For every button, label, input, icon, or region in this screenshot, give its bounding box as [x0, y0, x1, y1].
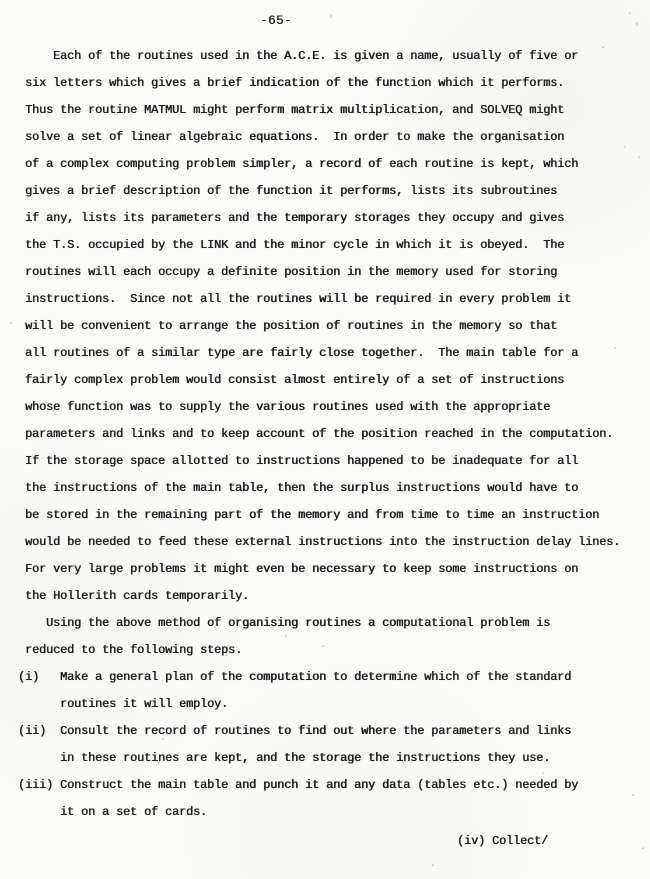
text-line: For very large problems it might even be…	[18, 556, 650, 583]
text-line: If the storage space allotted to instruc…	[18, 448, 650, 475]
text-line: Each of the routines used in the A.C.E. …	[18, 43, 650, 70]
text-line: routines will each occupy a definite pos…	[18, 259, 650, 286]
document-body: Each of the routines used in the A.C.E. …	[18, 43, 650, 826]
text-line: six letters which gives a brief indicati…	[18, 70, 650, 97]
text-line: the instructions of the main table, then…	[18, 475, 650, 502]
text-line: (iii) Construct the main table and punch…	[18, 772, 650, 799]
text-line: the Hollerith cards temporarily.	[18, 583, 650, 610]
text-line: whose function was to supply the various…	[18, 394, 650, 421]
text-line: it on a set of cards.	[18, 799, 650, 826]
scan-artifact: ·	[640, 845, 646, 855]
text-line: be stored in the remaining part of the m…	[18, 502, 650, 529]
text-line: in these routines are kept, and the stor…	[18, 745, 650, 772]
text-line: Thus the routine MATMUL might perform ma…	[18, 97, 650, 124]
text-line: the T.S. occupied by the LINK and the mi…	[18, 232, 650, 259]
text-line: will be convenient to arrange the positi…	[18, 313, 650, 340]
text-line: of a complex computing problem simpler, …	[18, 151, 650, 178]
text-line: routines it will employ.	[18, 691, 650, 718]
scan-artifact: ·	[627, 10, 633, 20]
page-number: -65-	[0, 14, 552, 28]
text-line: all routines of a similar type are fairl…	[18, 340, 650, 367]
text-line: would be needed to feed these external i…	[18, 529, 650, 556]
text-line: reduced to the following steps.	[18, 637, 650, 664]
text-line: Using the above method of organising rou…	[18, 610, 650, 637]
text-line: if any, lists its parameters and the tem…	[18, 205, 650, 232]
scan-artifact: '	[634, 24, 640, 34]
text-line: (i) Make a general plan of the computati…	[18, 664, 650, 691]
text-line: parameters and links and to keep account…	[18, 421, 650, 448]
text-line: instructions. Since not all the routines…	[18, 286, 650, 313]
text-line: gives a brief description of the functio…	[18, 178, 650, 205]
scan-artifact: ·	[430, 862, 436, 872]
scan-artifact: ·	[8, 320, 14, 330]
text-line: (ii) Consult the record of routines to f…	[18, 718, 650, 745]
catchword: (iv) Collect/	[457, 833, 548, 849]
text-line: fairly complex problem would consist alm…	[18, 367, 650, 394]
text-line: solve a set of linear algebraic equation…	[18, 124, 650, 151]
document-page: -65- Each of the routines used in the A.…	[0, 0, 650, 879]
